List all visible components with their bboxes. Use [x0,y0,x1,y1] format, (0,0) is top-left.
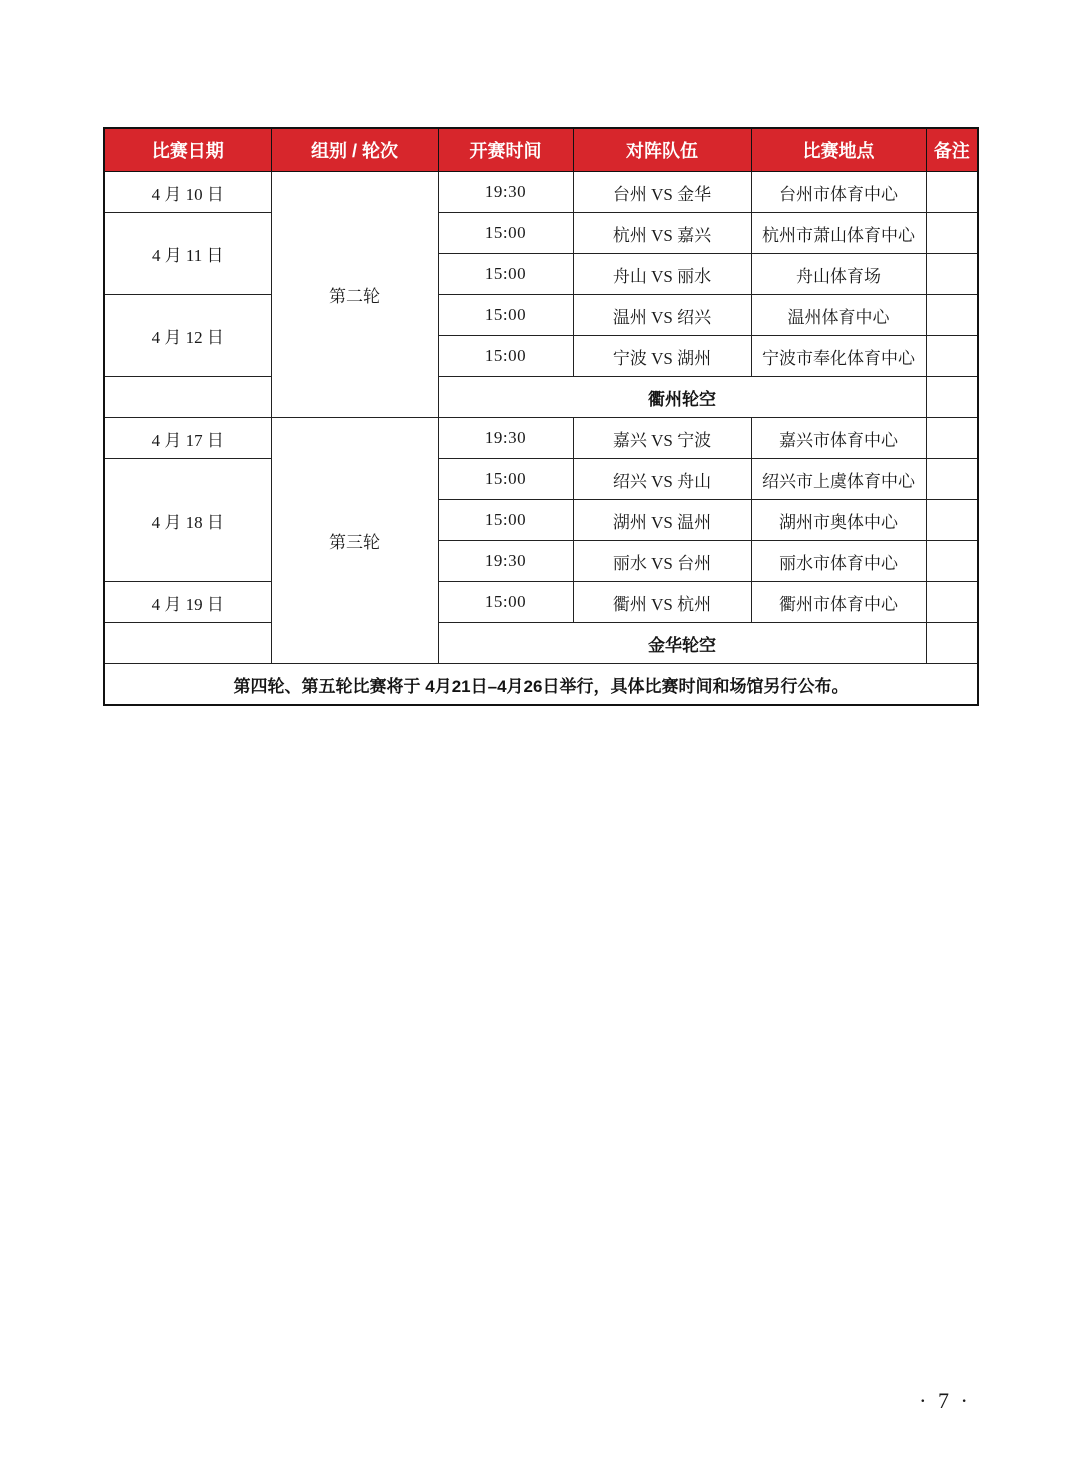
time-cell: 15:00 [438,295,573,336]
time-cell: 15:00 [438,459,573,500]
header-venue: 比赛地点 [751,128,926,172]
teams-cell: 温州 VS 绍兴 [573,295,751,336]
date-cell: 4 月 18 日 [104,459,271,582]
date-cell: 4 月 19 日 [104,582,271,623]
remark-cell [926,172,978,213]
table-row-bye: 衢州轮空 [104,377,978,418]
table-row: 4 月 10 日 第二轮 19:30 台州 VS 金华 台州市体育中心 [104,172,978,213]
table-row-footnote: 第四轮、第五轮比赛将于 4月21日–4月26日举行，具体比赛时间和场馆另行公布。 [104,664,978,706]
teams-cell: 丽水 VS 台州 [573,541,751,582]
venue-cell: 舟山体育场 [751,254,926,295]
page-number: · 7 · [905,1388,985,1414]
round-cell-third: 第三轮 [271,418,438,664]
teams-cell: 舟山 VS 丽水 [573,254,751,295]
header-round: 组别 / 轮次 [271,128,438,172]
teams-cell: 衢州 VS 杭州 [573,582,751,623]
date-cell: 4 月 11 日 [104,213,271,295]
venue-cell: 丽水市体育中心 [751,541,926,582]
table-row: 4 月 19 日 15:00 衢州 VS 杭州 衢州市体育中心 [104,582,978,623]
time-cell: 15:00 [438,500,573,541]
time-cell: 19:30 [438,172,573,213]
remark-cell [926,582,978,623]
teams-cell: 台州 VS 金华 [573,172,751,213]
table-row: 4 月 12 日 15:00 温州 VS 绍兴 温州体育中心 [104,295,978,336]
time-cell: 15:00 [438,336,573,377]
document-page: 比赛日期 组别 / 轮次 开赛时间 对阵队伍 比赛地点 备注 4 月 10 日 … [0,0,1080,1465]
remark-cell [926,295,978,336]
round-cell-second: 第二轮 [271,172,438,418]
venue-cell: 宁波市奉化体育中心 [751,336,926,377]
venue-cell: 台州市体育中心 [751,172,926,213]
teams-cell: 杭州 VS 嘉兴 [573,213,751,254]
teams-cell: 宁波 VS 湖州 [573,336,751,377]
time-cell: 19:30 [438,541,573,582]
table-row: 4 月 18 日 15:00 绍兴 VS 舟山 绍兴市上虞体育中心 [104,459,978,500]
date-cell-empty [104,377,271,418]
bye-cell-jinhua: 金华轮空 [438,623,926,664]
remark-cell [926,213,978,254]
header-teams: 对阵队伍 [573,128,751,172]
remark-cell [926,623,978,664]
venue-cell: 温州体育中心 [751,295,926,336]
match-schedule-table: 比赛日期 组别 / 轮次 开赛时间 对阵队伍 比赛地点 备注 4 月 10 日 … [103,127,979,706]
footnote-cell: 第四轮、第五轮比赛将于 4月21日–4月26日举行，具体比赛时间和场馆另行公布。 [104,664,978,706]
remark-cell [926,377,978,418]
date-cell: 4 月 17 日 [104,418,271,459]
header-time: 开赛时间 [438,128,573,172]
remark-cell [926,500,978,541]
remark-cell [926,541,978,582]
venue-cell: 衢州市体育中心 [751,582,926,623]
table-row: 4 月 17 日 第三轮 19:30 嘉兴 VS 宁波 嘉兴市体育中心 [104,418,978,459]
time-cell: 15:00 [438,254,573,295]
time-cell: 15:00 [438,213,573,254]
table-row: 4 月 11 日 15:00 杭州 VS 嘉兴 杭州市萧山体育中心 [104,213,978,254]
teams-cell: 湖州 VS 温州 [573,500,751,541]
teams-cell: 嘉兴 VS 宁波 [573,418,751,459]
venue-cell: 杭州市萧山体育中心 [751,213,926,254]
date-cell-empty [104,623,271,664]
time-cell: 15:00 [438,582,573,623]
time-cell: 19:30 [438,418,573,459]
teams-cell: 绍兴 VS 舟山 [573,459,751,500]
venue-cell: 绍兴市上虞体育中心 [751,459,926,500]
venue-cell: 嘉兴市体育中心 [751,418,926,459]
date-cell: 4 月 10 日 [104,172,271,213]
remark-cell [926,418,978,459]
header-remark: 备注 [926,128,978,172]
remark-cell [926,459,978,500]
remark-cell [926,254,978,295]
date-cell: 4 月 12 日 [104,295,271,377]
header-date: 比赛日期 [104,128,271,172]
table-row-bye: 金华轮空 [104,623,978,664]
bye-cell-quzhou: 衢州轮空 [438,377,926,418]
header-row: 比赛日期 组别 / 轮次 开赛时间 对阵队伍 比赛地点 备注 [104,128,978,172]
venue-cell: 湖州市奥体中心 [751,500,926,541]
remark-cell [926,336,978,377]
